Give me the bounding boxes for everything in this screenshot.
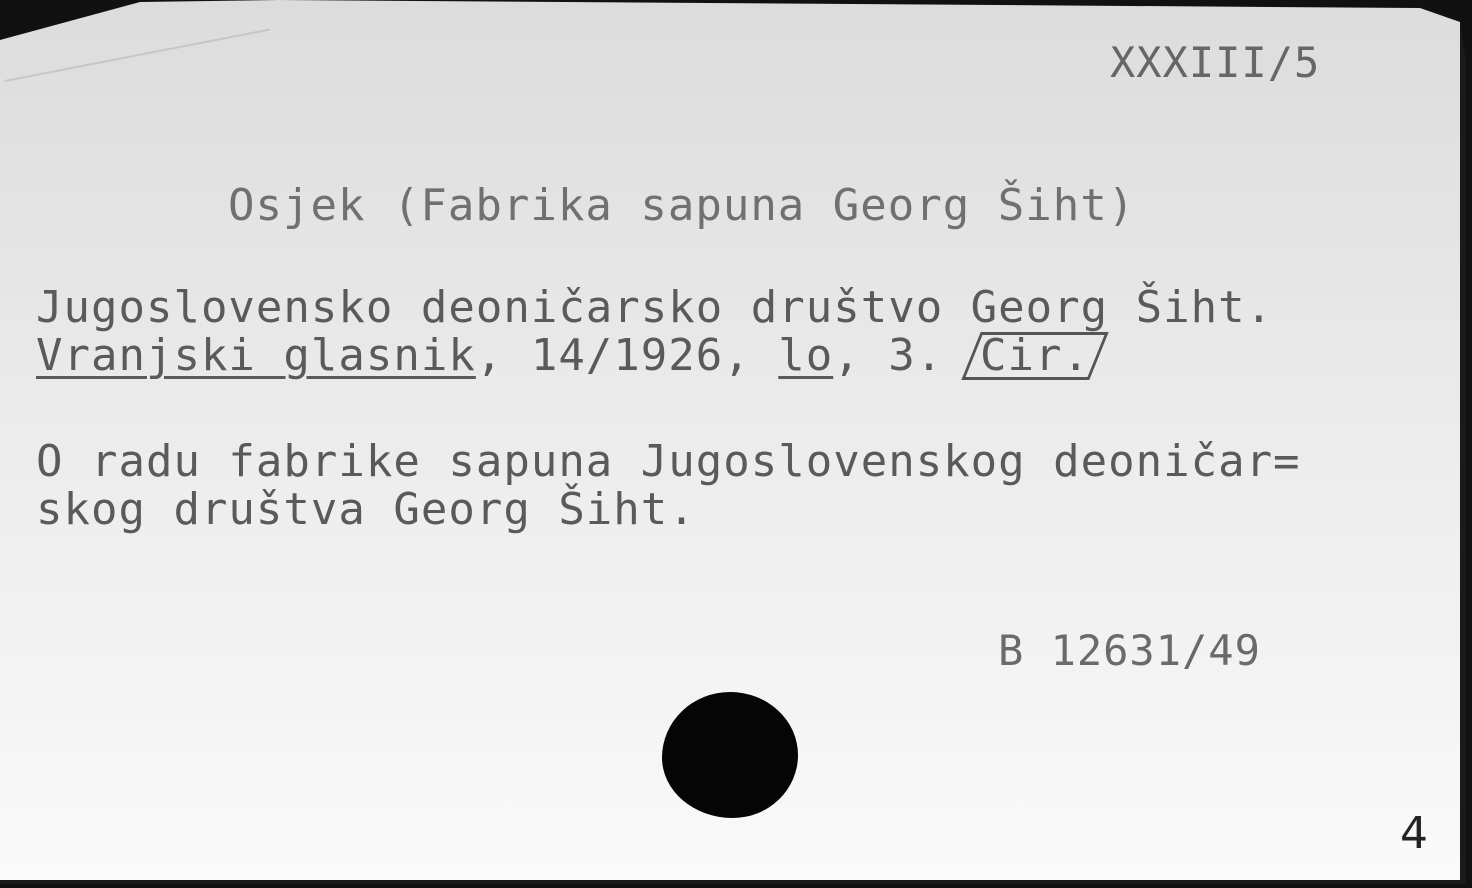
accession-number: B 12631/49	[998, 626, 1261, 675]
subject-heading: Osjek (Fabrika sapuna Georg Šiht)	[228, 180, 1135, 231]
punch-hole	[662, 692, 798, 818]
abstract-line-2: skog društva Georg Šiht.	[36, 484, 696, 535]
catalog-card: XXXIII/5 Osjek (Fabrika sapuna Georg Ših…	[0, 0, 1466, 884]
citation-source: Vranjski glasnik, 14/1926, lo, 3. Cir.	[36, 330, 1099, 381]
script-note: Cir.	[980, 335, 1090, 377]
volume-year: , 14/1926,	[476, 330, 778, 381]
page-number: , 3.	[833, 330, 970, 381]
journal-title: Vranjski glasnik	[36, 330, 476, 381]
folded-corner	[0, 0, 270, 82]
script-note-box: Cir.	[961, 332, 1108, 380]
abstract-line-1: O radu fabrike sapuna Jugoslovenskog deo…	[36, 436, 1301, 487]
call-number: XXXIII/5	[1110, 38, 1320, 87]
handwritten-number: 4	[1400, 808, 1428, 859]
citation-title: Jugoslovensko deoničarsko društvo Georg …	[36, 282, 1273, 333]
issue-number: lo	[778, 330, 833, 381]
